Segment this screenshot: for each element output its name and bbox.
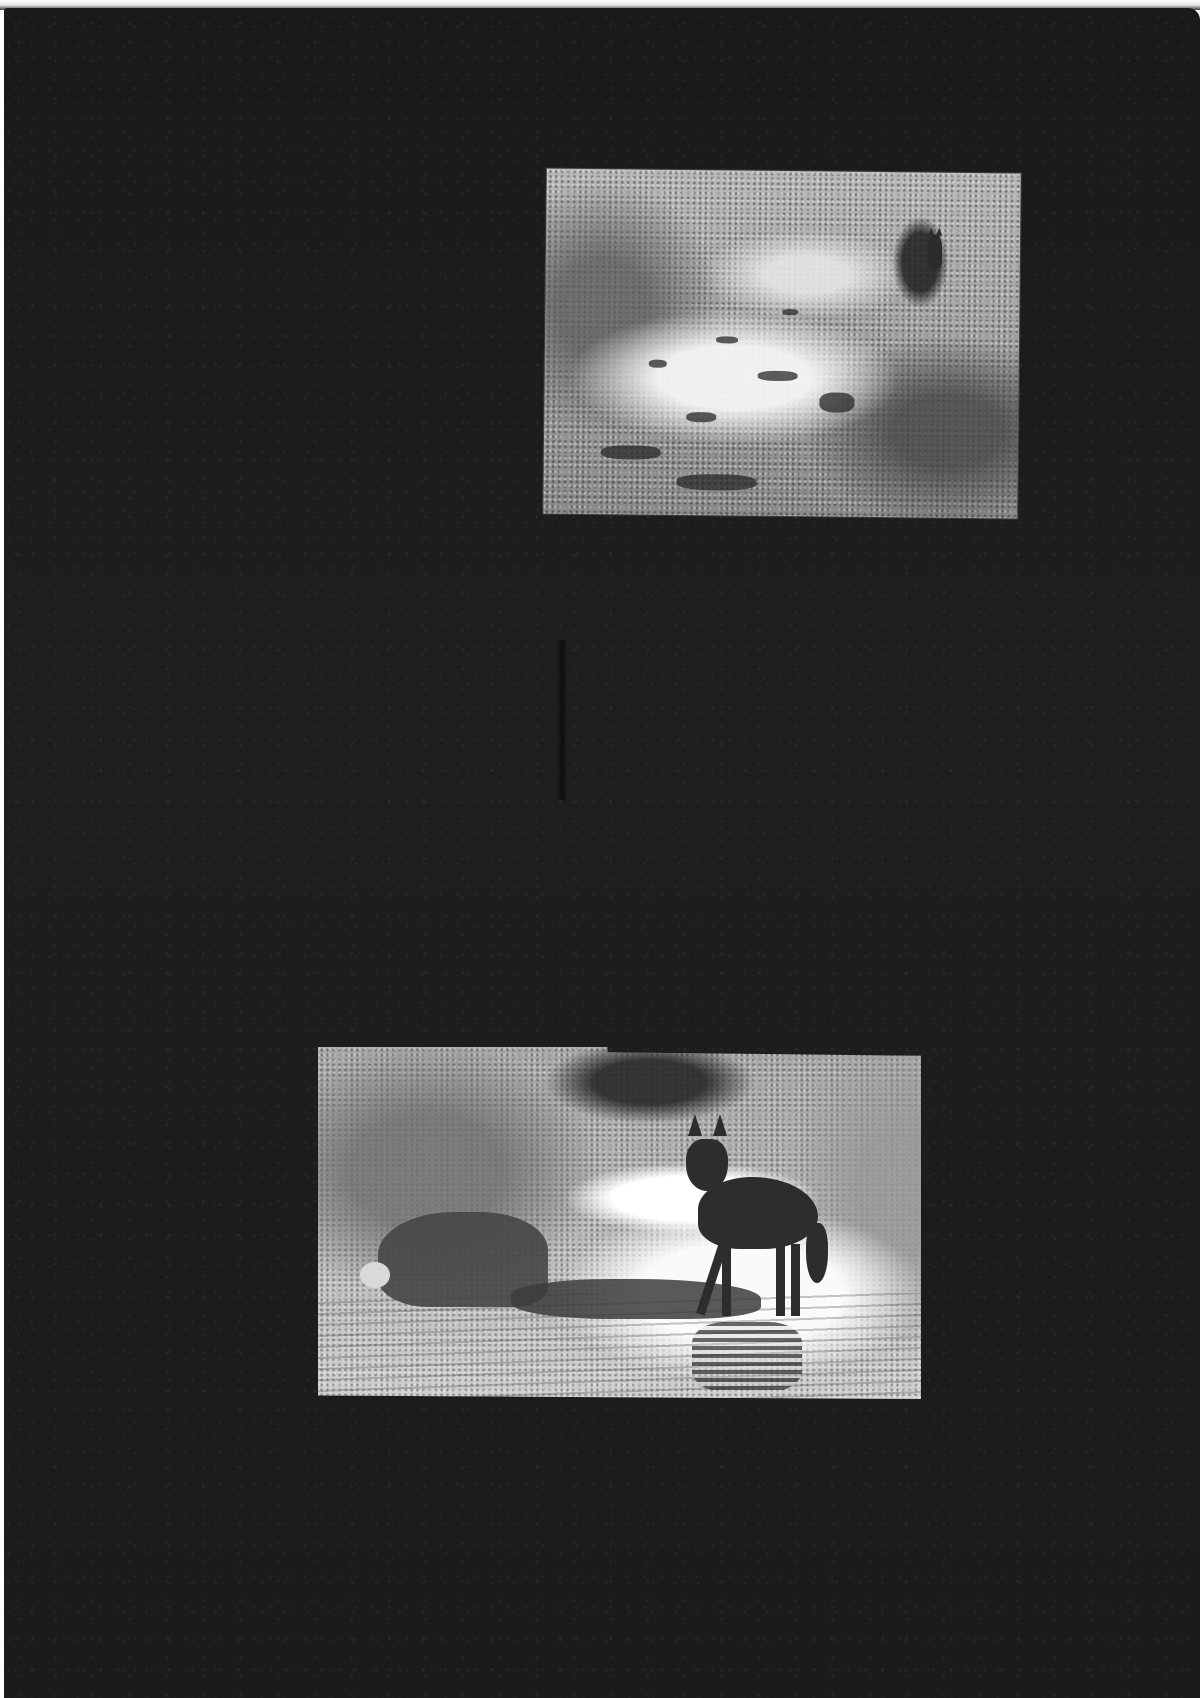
dog-ear xyxy=(688,1114,702,1136)
stone xyxy=(601,445,661,460)
stone xyxy=(676,473,756,490)
photo-dog-and-fallen-figure xyxy=(318,1047,921,1399)
dog-leg xyxy=(722,1244,731,1316)
stone xyxy=(758,371,798,381)
page-scratch-mark xyxy=(557,640,567,800)
stone xyxy=(819,392,854,412)
photo-stream-dog-distant xyxy=(543,169,1021,519)
stone xyxy=(686,412,716,422)
dog-reflection xyxy=(692,1322,802,1392)
stone xyxy=(716,336,738,343)
dog-ear xyxy=(713,1114,727,1136)
stone xyxy=(782,309,798,315)
fallen-figure-head xyxy=(360,1262,390,1288)
stone xyxy=(649,359,667,367)
dog-leg xyxy=(791,1244,800,1316)
dog-silhouette-distant xyxy=(927,235,941,269)
dog-head xyxy=(686,1139,728,1191)
dog-leg xyxy=(776,1244,785,1316)
